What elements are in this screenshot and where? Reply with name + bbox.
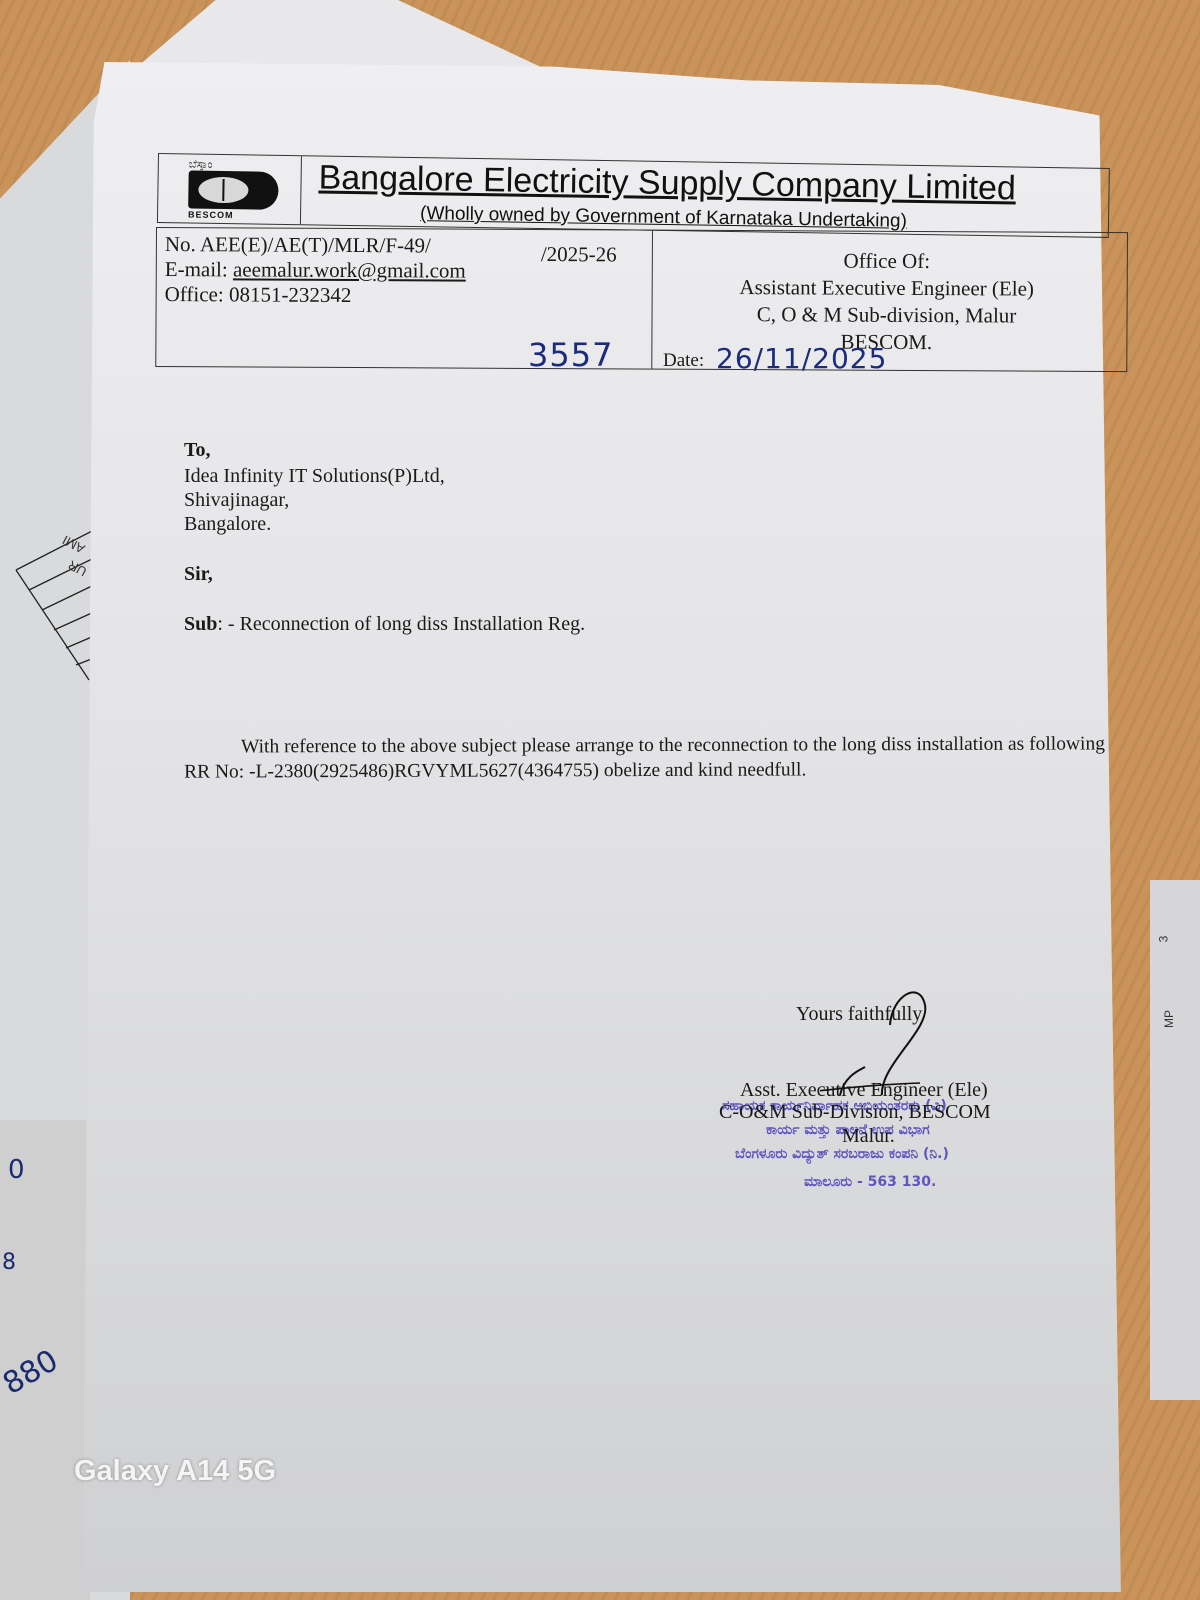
box-divider (651, 231, 653, 369)
reference-box: No. AEE(E)/AE(T)/MLR/F-49/ E-mail: aeema… (155, 227, 1128, 372)
stamp-line: ಬೆಂಗಳೂರು ವಿದ್ಯುತ್ ಸರಬರಾಜು ಕಂಪನಿ (ನಿ.) (735, 1146, 949, 1162)
signature-icon (820, 985, 940, 1105)
subject-text: : - Reconnection of long diss Installati… (217, 613, 585, 635)
body-paragraph: With reference to the above subject plea… (184, 731, 1124, 784)
subject-label: Sub (184, 613, 217, 635)
background-handwriting: 0 (8, 1155, 25, 1185)
background-table-label: 3 (1156, 936, 1170, 943)
letterhead: ಬೆಸ್ಕಾಂ BESCOM Bangalore Electricity Sup… (157, 153, 1110, 238)
handwritten-reference-number: 3557 (528, 336, 613, 374)
logo-circle-icon (198, 177, 248, 204)
bescom-logo: ಬೆಸ್ಕಾಂ BESCOM (158, 154, 302, 224)
office-designation: Assistant Executive Engineer (Ele) (667, 274, 1107, 303)
recipient-to: To, (184, 438, 211, 462)
email-label: E-mail: (165, 257, 233, 281)
company-name: Bangalore Electricity Supply Company Lim… (318, 159, 1016, 209)
recipient-line: Idea Infinity IT Solutions(P)Ltd, (184, 464, 445, 488)
stamp-line: ಮಾಲೂರು - 563 130. (804, 1174, 936, 1190)
subject-line: Sub: - Reconnection of long diss Install… (184, 612, 585, 636)
electric-pole-icon (222, 179, 224, 201)
date-label: Date: (663, 350, 704, 372)
camera-watermark: Galaxy A14 5G (74, 1455, 276, 1488)
office-phone: Office: 08151-232342 (165, 282, 466, 309)
recipient-line: Shivajinagar, (184, 488, 289, 512)
reference-number: No. AEE(E)/AE(T)/MLR/F-49/ (165, 232, 466, 259)
logo-name: BESCOM (188, 209, 234, 220)
office-division: C, O & M Sub-division, Malur (666, 301, 1106, 330)
closing-division: C-O&M Sub-Division, BESCOM (719, 1102, 991, 1122)
closing-place: Malur. (842, 1126, 895, 1146)
salutation: Sir, (184, 562, 213, 586)
office-of-label: Office Of: (667, 247, 1107, 276)
background-table-lines (14, 530, 94, 690)
email-line: E-mail: aeemalur.work@gmail.com (165, 257, 466, 284)
email-address: aeemalur.work@gmail.com (233, 257, 466, 282)
office-of-block: Office Of: Assistant Executive Engineer … (666, 247, 1107, 357)
handwritten-date: 26/11/2025 (716, 342, 887, 375)
reference-details: No. AEE(E)/AE(T)/MLR/F-49/ E-mail: aeema… (165, 232, 466, 309)
background-paper-right (1150, 880, 1200, 1400)
logo-b-icon (188, 170, 279, 209)
reference-year: /2025-26 (541, 242, 617, 267)
background-handwriting: 8 (2, 1250, 16, 1275)
recipient-line: Bangalore. (184, 512, 271, 536)
background-table-label: MP (1162, 1010, 1176, 1028)
